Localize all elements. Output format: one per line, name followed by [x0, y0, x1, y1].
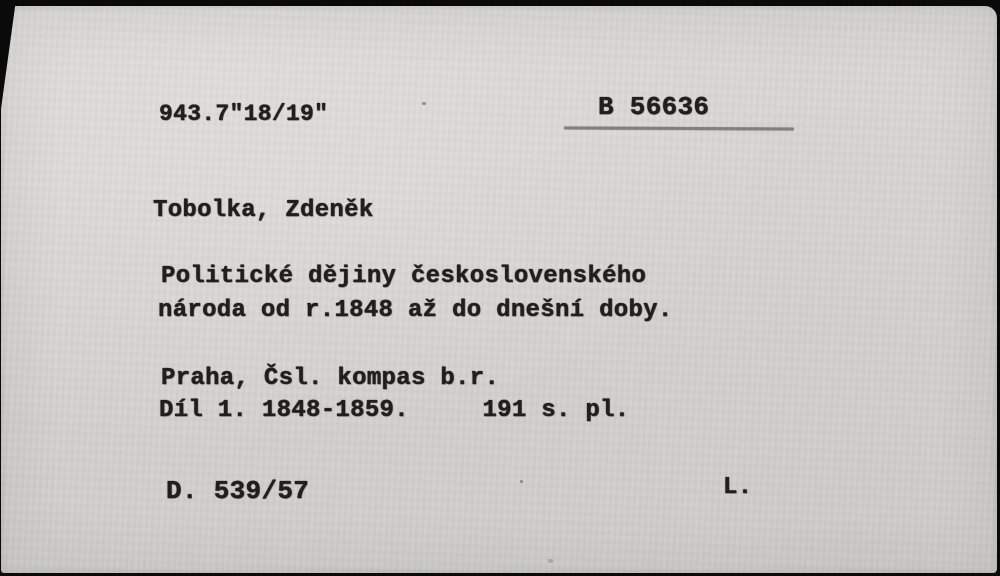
catalog-card: 943.7"18/19" B 56636 Tobolka, Zdeněk Pol…	[1, 6, 997, 573]
author-heading: Tobolka, Zdeněk	[153, 199, 374, 223]
paper-speck	[422, 102, 426, 105]
shelf-mark-underline	[564, 126, 794, 130]
cataloguer-initial: L.	[723, 476, 752, 500]
collation-line: Díl 1. 1848-1859. 191 s. pl.	[159, 399, 629, 423]
title-line-2: národa od r.1848 až do dnešní doby.	[158, 299, 673, 323]
title-line-1: Politické dějiny československého	[161, 265, 646, 289]
shelf-mark: B 56636	[598, 94, 709, 120]
call-number: 943.7"18/19"	[159, 103, 328, 126]
paper-speck	[548, 559, 553, 563]
imprint-line: Praha, Čsl. kompas b.r.	[161, 367, 499, 391]
paper-speck	[520, 480, 523, 483]
inventory-number: D. 539/57	[166, 478, 309, 504]
